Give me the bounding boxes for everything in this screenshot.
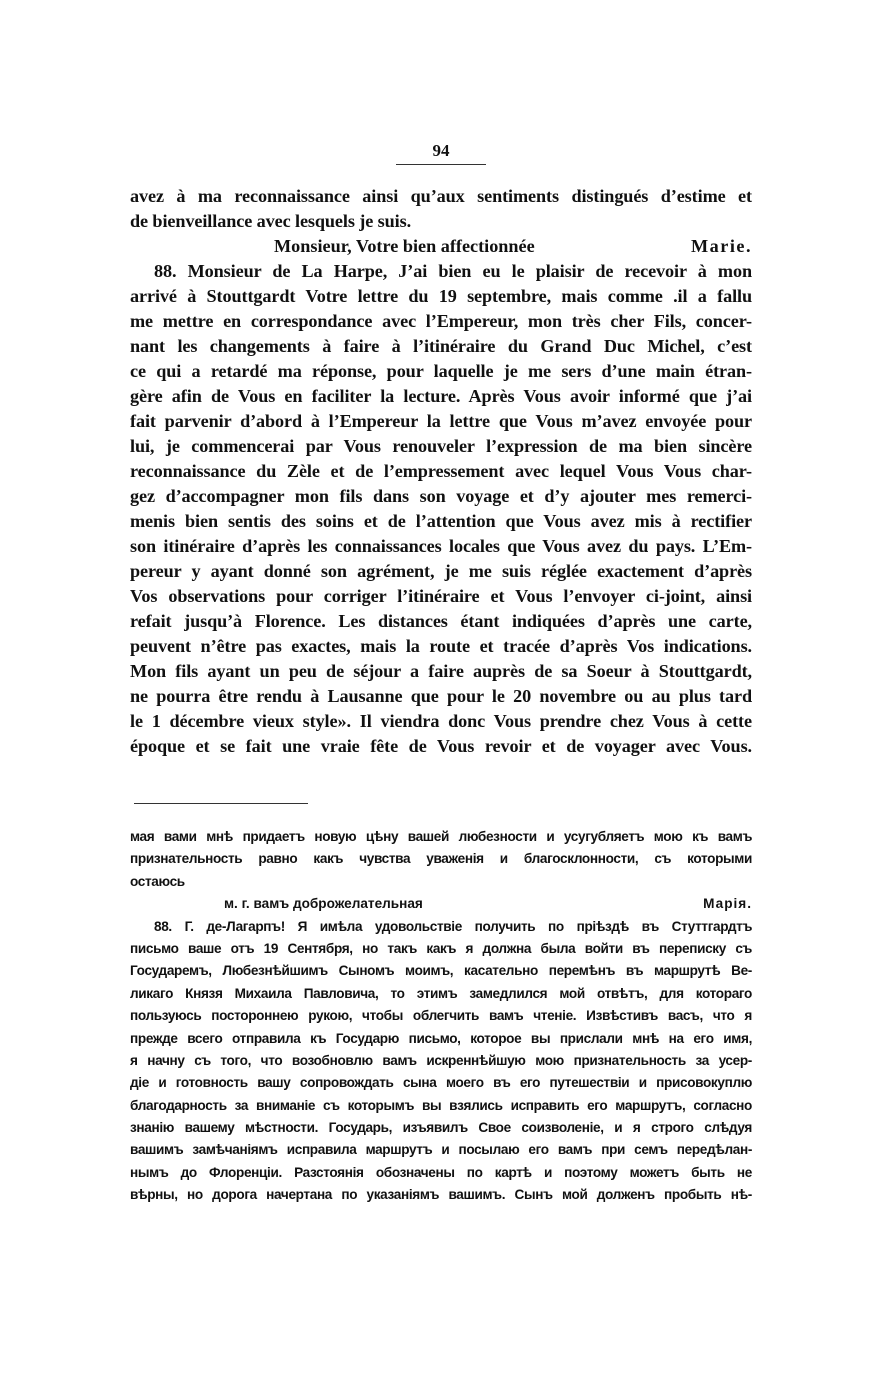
text-line: époque et se fait une vraie fête de Vous… [130, 734, 752, 759]
text-line: son itinéraire d’après les connaissances… [130, 534, 752, 559]
text-line: le 1 décembre vieux style». Il viendra d… [130, 709, 752, 734]
text-line: 88. Monsieur de La Harpe, J’ai bien eu l… [130, 259, 752, 284]
text-line: діе и готовность вашу сопровождать сына … [130, 1072, 752, 1094]
russian-signature: м. г. вамъ доброжелательная Марія. [130, 893, 752, 915]
text-line: peuvent n’être pas exactes, mais la rout… [130, 634, 752, 659]
text-line: avez à ma reconnaissance ainsi qu’aux se… [130, 184, 752, 209]
text-line: ne pourra être rendu à Lausanne que pour… [130, 684, 752, 709]
french-signature: Monsieur, Votre bien affectionnée Marie. [130, 234, 752, 259]
text-line: вашимъ замѣчаніямъ исправила маршрутъ и … [130, 1139, 752, 1161]
text-line: письмо ваше отъ 19 Сентября, но такъ как… [130, 938, 752, 960]
text-line: arrivé à Stouttgardt Votre lettre du 19 … [130, 284, 752, 309]
text-line: nant les changements à faire à l’itinéra… [130, 334, 752, 359]
text-line: me mettre en correspondance avec l’Emper… [130, 309, 752, 334]
text-line: de bienveillance avec lesquels je suis. [130, 209, 752, 234]
text-line: нымъ до Флоренціи. Разстоянія обозначены… [130, 1162, 752, 1184]
signature-closing: Monsieur, Votre bien affectionnée [274, 234, 535, 259]
text-line: прежде всего отправила къ Государю письм… [130, 1028, 752, 1050]
text-line: lui, je commencerai par Vous renouveler … [130, 434, 752, 459]
text-line: pereur y ayant donné son agrément, je me… [130, 559, 752, 584]
text-line: пользуюсь постороннею рукою, чтобы облег… [130, 1005, 752, 1027]
text-line: я начну съ того, что возобновлю вамъ иск… [130, 1050, 752, 1072]
french-text-block: avez à ma reconnaissance ainsi qu’aux se… [130, 184, 752, 759]
text-line: fait parvenir d’abord à l’Empereur la le… [130, 409, 752, 434]
text-line: остаюсь [130, 871, 752, 893]
text-line: gez d’accompagner mon fils dans son voya… [130, 484, 752, 509]
text-line: вѣрны, но дорога начертана по указаніямъ… [130, 1184, 752, 1206]
signature-name: Марія. [703, 893, 752, 915]
text-line: знанію вашему мѣстности. Государь, изъяв… [130, 1117, 752, 1139]
text-line: Государемъ, Любезнѣйшимъ Сыномъ моимъ, к… [130, 960, 752, 982]
text-line: благодарность за вниманіе съ которымъ вы… [130, 1095, 752, 1117]
text-line: ce qui a retardé ma réponse, pour laquel… [130, 359, 752, 384]
book-page: 94 avez à ma reconnaissance ainsi qu’aux… [0, 0, 882, 1393]
signature-closing: м. г. вамъ доброжелательная [224, 893, 423, 915]
page-number-underline [396, 164, 486, 165]
text-line: refait jusqu’à Florence. Les distances é… [130, 609, 752, 634]
russian-text-block: мая вами мнѣ придаетъ новую цѣну вашей л… [130, 826, 752, 1207]
russian-letter-88: 88. Г. де-Лагарпъ! Я имѣла удовольствіе … [130, 916, 752, 1207]
signature-name: Marie. [691, 234, 752, 259]
text-line: 88. Г. де-Лагарпъ! Я имѣла удовольствіе … [130, 916, 752, 938]
text-line: мая вами мнѣ придаетъ новую цѣну вашей л… [130, 826, 752, 848]
text-line: menis bien sentis des soins et de l’atte… [130, 509, 752, 534]
text-line: Vos observations pour corriger l’itinéra… [130, 584, 752, 609]
text-line: reconnaissance du Zèle et de l’empressem… [130, 459, 752, 484]
french-letter-88: 88. Monsieur de La Harpe, J’ai bien eu l… [130, 259, 752, 759]
text-line: признательность равно какъ чувства уваже… [130, 848, 752, 870]
text-line: gère afin de Vous en faciliter la lectur… [130, 384, 752, 409]
page-number: 94 [396, 141, 486, 161]
section-divider-rule [134, 803, 308, 804]
text-line: Mon fils ayant un peu de séjour a faire … [130, 659, 752, 684]
text-line: ликаго Князя Михаила Павловича, то этимъ… [130, 983, 752, 1005]
